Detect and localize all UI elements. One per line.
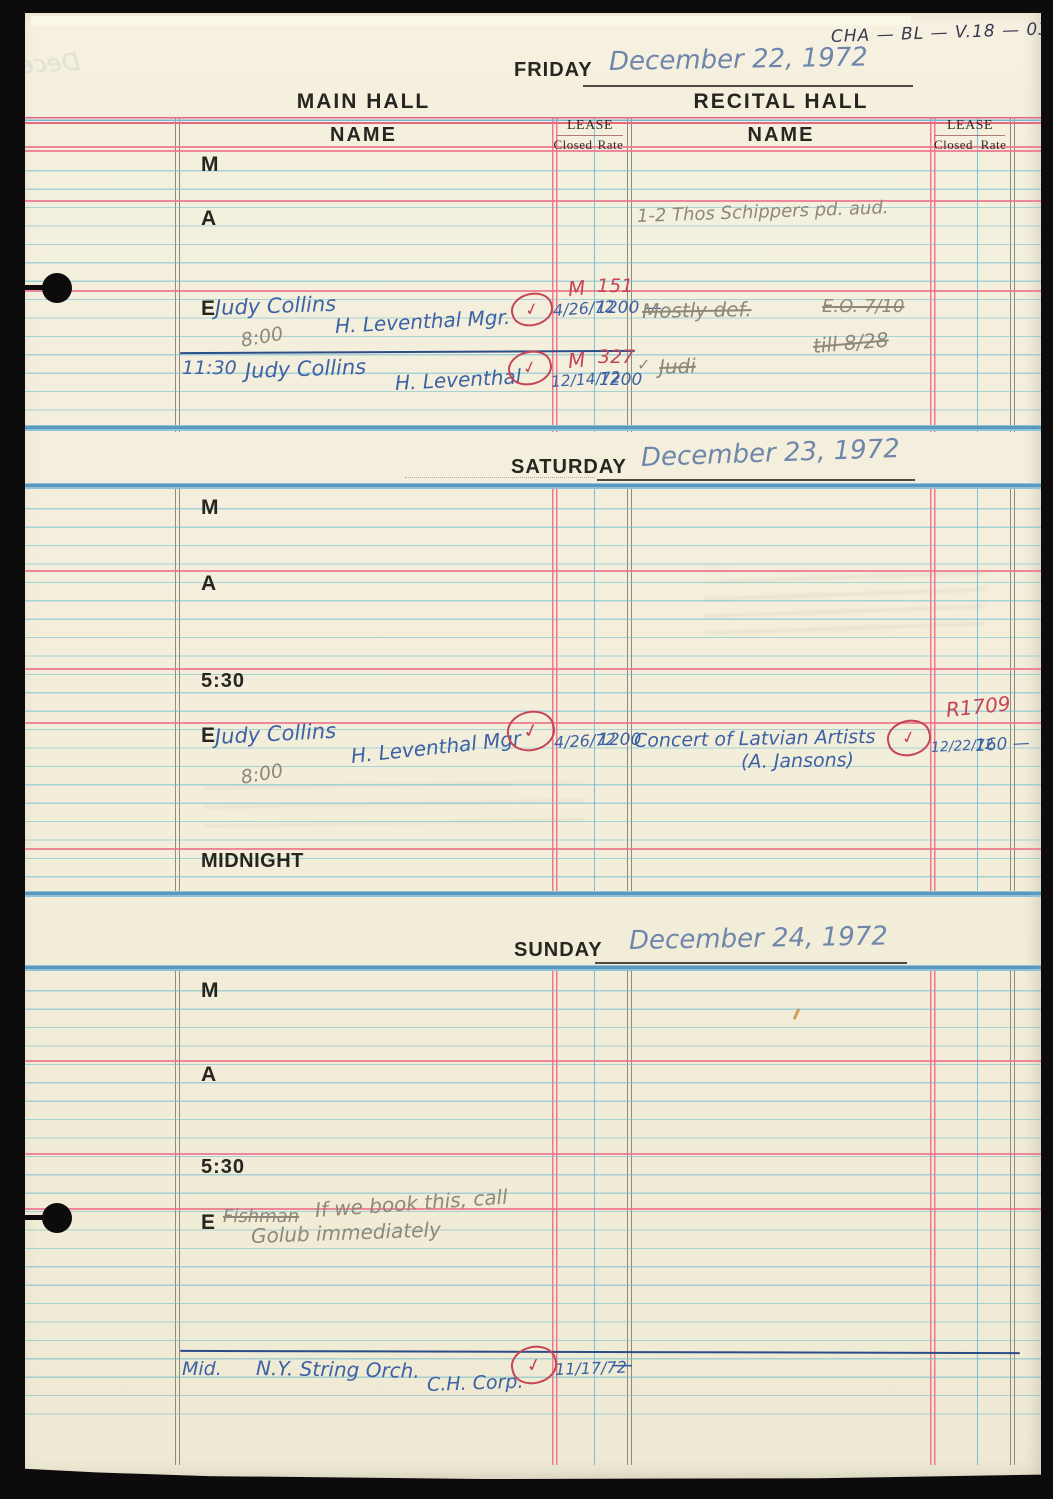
section-rule-a <box>25 570 1041 572</box>
entry-artist-name: N.Y. String Orch. <box>256 1356 420 1383</box>
table-top-rule <box>25 117 1041 124</box>
row-marker-morning: M <box>201 153 220 177</box>
entry-agent: C.H. Corp. <box>427 1371 524 1396</box>
lease-rate: 1200 <box>599 370 642 390</box>
entry-artist-name: Judy Collins <box>215 292 337 320</box>
closed-header-recital: Closed <box>930 137 977 153</box>
lease-code-letter: M <box>567 348 586 373</box>
date-underline <box>595 962 907 964</box>
date-sunday: December 24, 1972 <box>629 921 888 956</box>
scan-background: { "archive_code": "CHA — BL — V.18 — 033… <box>0 0 1053 1499</box>
lease-underline <box>935 135 1005 136</box>
section-rule-a <box>25 200 1041 202</box>
row-marker-evening: E <box>201 1211 216 1235</box>
row-marker-afternoon: A <box>201 1063 217 1087</box>
lease-underline <box>557 135 623 136</box>
date-underline <box>597 479 915 481</box>
lease-code-number: 151 <box>597 275 633 297</box>
lease-code-letter: M <box>567 276 586 301</box>
table-bottom-rule <box>25 425 1041 431</box>
recital-event-artist: (A. Jansons) <box>741 749 854 773</box>
row-marker-afternoon: A <box>201 572 217 596</box>
recital-event-name: Concert of Latvian Artists <box>634 726 876 752</box>
row-marker-midnight: MIDNIGHT <box>201 850 304 873</box>
under-sheet-edge <box>31 16 911 26</box>
row-marker-morning: M <box>201 496 220 520</box>
closed-header-main: Closed <box>552 137 594 153</box>
header-rule <box>25 150 1041 152</box>
recital-evening-note: E.O. 7/10 <box>822 296 904 317</box>
section-rule-530 <box>25 668 1041 670</box>
entry-artist-name-late: Judy Collins <box>245 355 367 383</box>
column-header-name-main: NAME <box>175 124 552 147</box>
section-rule-e <box>25 1208 1041 1210</box>
lease-header-recital: LEASE <box>930 118 1010 134</box>
table-top-rule <box>25 483 1041 489</box>
binder-hole-bottom <box>42 1203 72 1233</box>
ruled-lines <box>25 491 1041 887</box>
date-friday: December 22, 1972 <box>609 42 868 77</box>
day-label-sunday: SUNDAY <box>514 939 603 962</box>
section-rule-a <box>25 1060 1041 1062</box>
ledger-paper: December 25, 1972 (Christmas) CHA — BL —… <box>25 13 1041 1479</box>
row-marker-530: 5:30 <box>201 670 245 693</box>
saturday-table <box>25 483 1041 897</box>
lease-rate: 160 — <box>974 733 1030 756</box>
hall-label-main: MAIN HALL <box>175 90 552 114</box>
recital-evening-note: Judi <box>659 354 697 379</box>
lease-code-number: 327 <box>598 346 634 368</box>
date-underline <box>583 85 913 87</box>
check-icon: ✓ <box>521 357 540 380</box>
check-icon: ✓ <box>523 298 542 321</box>
check-icon: ✓ <box>524 1353 544 1377</box>
lease-header-main: LEASE <box>552 118 628 134</box>
hall-label-recital: RECITAL HALL <box>631 90 931 114</box>
rate-header-main: Rate <box>594 137 627 153</box>
day-label-friday: FRIDAY <box>514 59 593 82</box>
binder-hole-top <box>42 273 72 303</box>
lease-dash: — <box>611 1353 633 1378</box>
table-top-rule <box>25 965 1041 971</box>
entry-time-mid: Mid. <box>182 1358 222 1380</box>
check-icon: ✓ <box>521 718 542 743</box>
date-saturday: December 23, 1972 <box>640 434 900 473</box>
section-rule-e <box>25 290 1041 292</box>
recital-evening-note: Mostly def. <box>642 297 752 323</box>
row-marker-morning: M <box>201 979 220 1003</box>
section-rule-midnight <box>25 848 1041 850</box>
bleedthrough-reverse-date: December 25, 1972 (Christmas) <box>0 48 81 96</box>
day-label-saturday: SATURDAY <box>511 456 627 479</box>
row-marker-afternoon: A <box>201 207 217 231</box>
sunday-table <box>25 965 1041 1465</box>
entry-time-late: 11:30 <box>182 357 237 379</box>
table-bottom-rule <box>25 891 1041 897</box>
rate-header-recital: Rate <box>977 137 1010 153</box>
section-rule-530 <box>25 1153 1041 1155</box>
check-icon: ✓ <box>900 727 919 750</box>
row-marker-530: 5:30 <box>201 1156 245 1179</box>
column-header-name-recital: NAME <box>631 124 931 147</box>
check-mark-pencil: ✓ <box>637 355 650 374</box>
